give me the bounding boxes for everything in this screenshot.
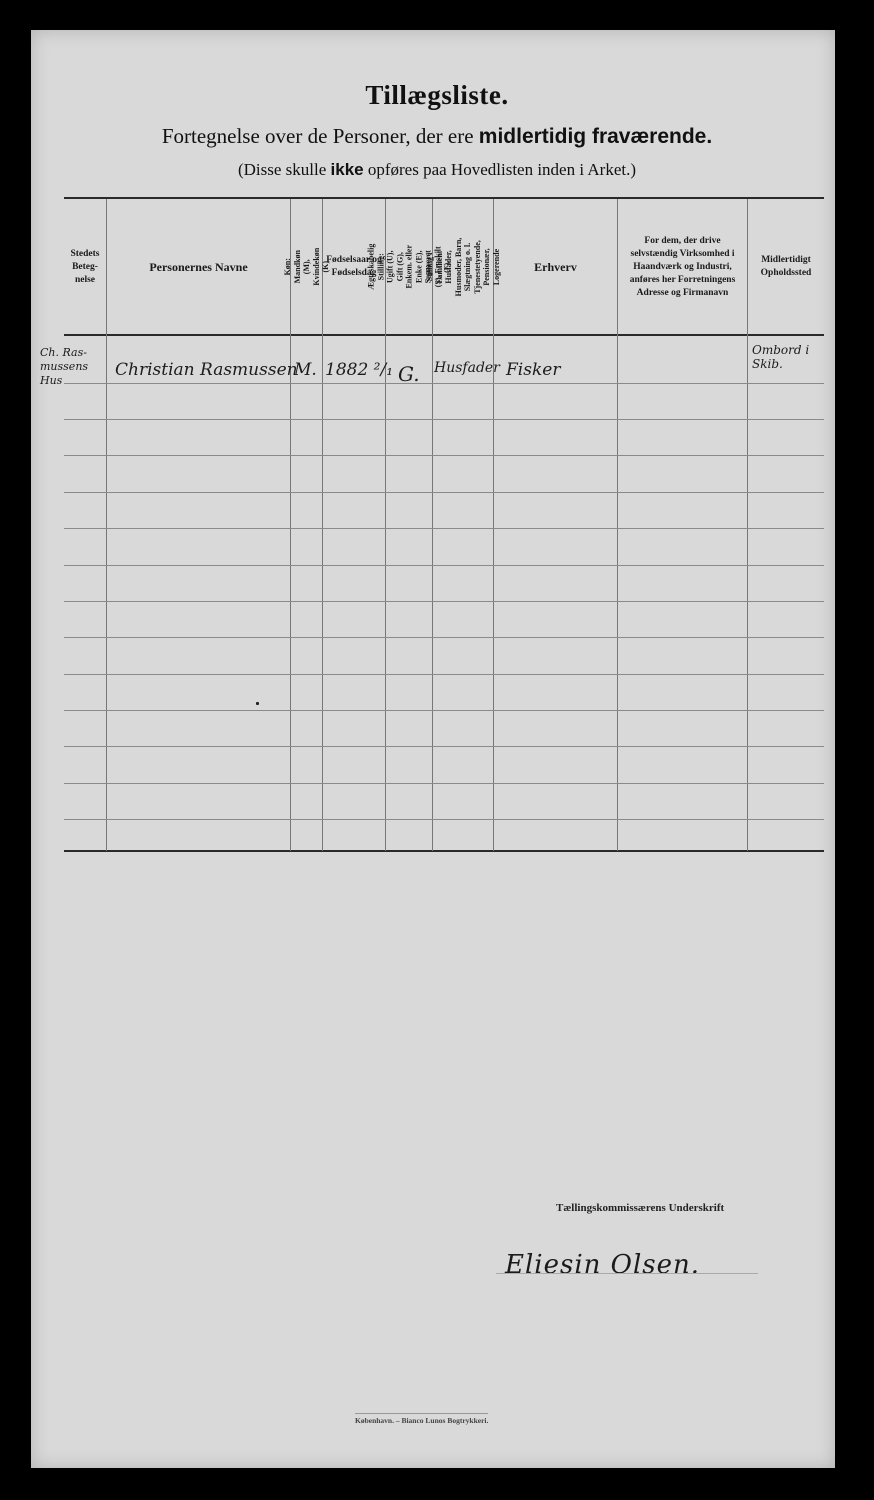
header-stilling-i-familien: Stilling i Familien: Husfader, Husmoder,… — [433, 200, 493, 334]
cell-erhverv: Fisker — [506, 360, 560, 380]
cell-navn: Christian Rasmussen — [115, 360, 298, 380]
row-rule — [64, 637, 824, 638]
form-subtitle: Fortegnelse over de Personer, der ere mi… — [0, 124, 874, 149]
cell-aegteskab: G. — [398, 362, 420, 386]
form-note: (Disse skulle ikke opføres paa Hovedlist… — [0, 160, 874, 180]
form-title: Tillægsliste. — [0, 80, 874, 111]
signature-label: Tællingskommissærens Underskrift — [556, 1202, 724, 1214]
row-rule — [64, 419, 824, 420]
subtitle-emphasis: midlertidig fraværende. — [479, 125, 712, 148]
signature: Eliesin Olsen. — [505, 1250, 700, 1280]
row-rule — [64, 565, 824, 566]
note-text-pre: (Disse skulle — [238, 160, 331, 179]
subtitle-text: Fortegnelse over de Personer, der ere — [162, 124, 479, 148]
note-text-post: opføres paa Hovedlisten inden i Arket.) — [364, 160, 636, 179]
header-personernes-navne: Personernes Navne — [107, 200, 290, 334]
table-top-rule — [64, 197, 824, 199]
header-bottom-rule — [64, 334, 824, 336]
cell-kon: M. — [294, 360, 317, 380]
row-rule — [64, 783, 824, 784]
header-opholdssted: Midlertidigt Opholdssted — [748, 200, 824, 334]
row-rule — [64, 528, 824, 529]
table-bottom-rule — [64, 850, 824, 852]
cell-opholdssted: Ombord i Skib. — [752, 343, 822, 371]
ink-speck — [256, 702, 259, 705]
row-rule — [64, 492, 824, 493]
row-rule — [64, 383, 824, 384]
row-rule — [64, 819, 824, 820]
row-rule — [64, 710, 824, 711]
header-forretning: For dem, der drive selvstændig Virksomhe… — [618, 200, 747, 334]
note-emphasis: ikke — [331, 160, 364, 179]
cell-familie: Husfader — [434, 360, 500, 376]
row-rule — [64, 601, 824, 602]
header-kon: Køn: Mandkøn (M), Kvindekøn (K) — [291, 200, 322, 334]
signature-line — [496, 1273, 758, 1274]
header-familie-text: Stilling i Familien: Husfader, Husmoder,… — [425, 237, 501, 297]
header-stedets-betegnelse: Stedets Beteg- nelse — [64, 200, 106, 334]
printer-imprint: København. – Bianco Lunos Bogtrykkeri. — [355, 1413, 488, 1425]
row-rule — [64, 746, 824, 747]
header-erhverv: Erhverv — [494, 200, 617, 334]
cell-stedets-betegnelse: Ch. Ras- mussens Hus — [40, 346, 106, 388]
row-rule — [64, 455, 824, 456]
row-rule — [64, 674, 824, 675]
cell-fodsel: 1882 ²/₁ — [325, 360, 393, 380]
